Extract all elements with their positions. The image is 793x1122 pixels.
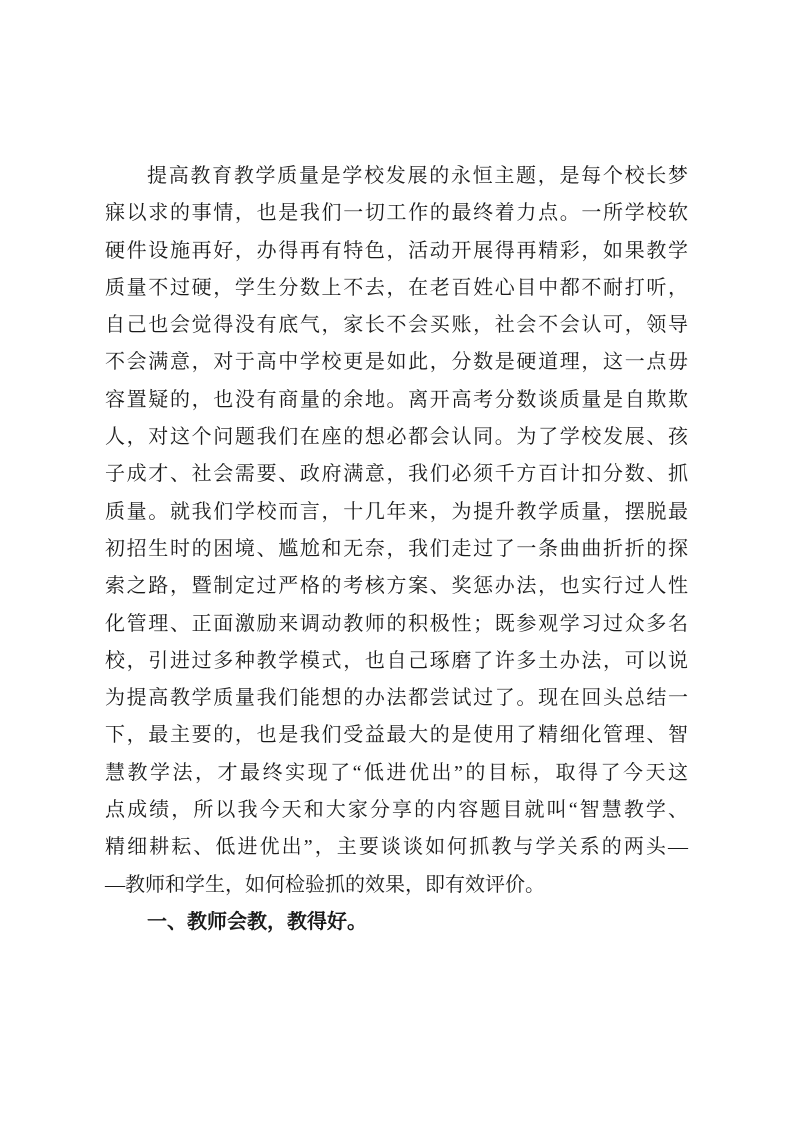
paragraph-line: 化管理、正面激励来调动教师的积极性；既参观学习过众多名 [105, 606, 688, 643]
paragraph-line: 精细耕耘、低进优出”，主要谈谈如何抓教与学关系的两头— [105, 829, 688, 866]
paragraph-line: 提高教育教学质量是学校发展的永恒主题，是每个校长梦 [105, 158, 688, 195]
paragraph-line: 人，对这个问题我们在座的想必都会认同。为了学校发展、孩 [105, 419, 688, 456]
paragraph-line: 不会满意，对于高中学校更是如此，分数是硬道理，这一点毋 [105, 344, 688, 381]
paragraph: 提高教育教学质量是学校发展的永恒主题，是每个校长梦寐以求的事情，也是我们一切工作… [105, 158, 688, 904]
paragraph-line: 硬件设施再好，办得再有特色，活动开展得再精彩，如果教学 [105, 233, 688, 270]
paragraph-line: 慧教学法，才最终实现了“低进优出”的目标，取得了今天这 [105, 755, 688, 792]
paragraph-line: 为提高教学质量我们能想的办法都尝试过了。现在回头总结一 [105, 680, 688, 717]
paragraph-line: 子成才、社会需要、政府满意，我们必须千方百计扣分数、抓 [105, 456, 688, 493]
paragraph-line: 下，最主要的，也是我们受益最大的是使用了精细化管理、智 [105, 717, 688, 754]
document-page: 提高教育教学质量是学校发展的永恒主题，是每个校长梦寐以求的事情，也是我们一切工作… [0, 0, 793, 1122]
paragraph-line: 质量不过硬，学生分数上不去，在老百姓心目中都不耐打听， [105, 270, 688, 307]
paragraph-line: 索之路，暨制定过严格的考核方案、奖惩办法，也实行过人性 [105, 568, 688, 605]
paragraph-line: 容置疑的，也没有商量的余地。离开高考分数谈质量是自欺欺 [105, 382, 688, 419]
paragraph-line: 初招生时的困境、尴尬和无奈，我们走过了一条曲曲折折的探 [105, 531, 688, 568]
section-heading: 一、教师会教，教得好。 [105, 904, 688, 941]
paragraph-line: 校，引进过多种教学模式，也自己琢磨了许多土办法，可以说 [105, 643, 688, 680]
body-text: 提高教育教学质量是学校发展的永恒主题，是每个校长梦寐以求的事情，也是我们一切工作… [105, 158, 688, 941]
paragraph-line: 点成绩，所以我今天和大家分享的内容题目就叫“智慧教学、 [105, 792, 688, 829]
paragraph-line: —教师和学生，如何检验抓的效果，即有效评价。 [105, 867, 688, 904]
paragraph-line: 寐以求的事情，也是我们一切工作的最终着力点。一所学校软 [105, 195, 688, 232]
paragraph-line: 自己也会觉得没有底气，家长不会买账，社会不会认可，领导 [105, 307, 688, 344]
paragraph-line: 质量。就我们学校而言，十几年来，为提升教学质量，摆脱最 [105, 494, 688, 531]
